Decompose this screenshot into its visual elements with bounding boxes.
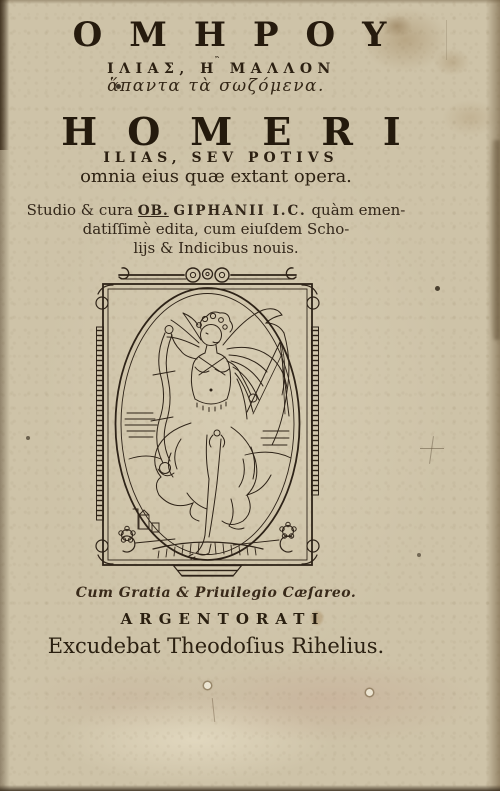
title-page-scan: ΟΜΗΡΟΥ ΙΛΙΑΣ, Η῍ ΜΑΛΛΟΝ ἅπαντα τὰ σωζόμε… <box>0 0 500 791</box>
greek-subtitle-accent: ῍ <box>215 57 220 67</box>
latin-motto: omnia eius quæ extant opera. <box>0 166 432 187</box>
greek-cursive-line: ἅπαντα τὰ σωζόμενα. <box>0 76 432 96</box>
greek-subtitle-rest: ΜΑΛΛΟΝ <box>230 61 336 77</box>
editor-note-line3: lijs & Indicibus nouis. <box>0 239 432 257</box>
note-ob: OB. <box>138 203 169 219</box>
bridle-strap <box>157 333 165 463</box>
latin-title: HOMERI <box>0 109 462 154</box>
greek-subtitle-main: ΙΛΙΑΣ, Η <box>107 61 219 77</box>
imprint-place: ARGENTORATI <box>0 610 439 628</box>
note-part2: quàm emen- <box>311 201 405 219</box>
page-edge-right-ragged <box>489 140 500 340</box>
woodcut-landscape <box>125 413 291 558</box>
woodcut-illustration <box>95 263 320 580</box>
greek-subtitle: ΙΛΙΑΣ, Η῍ ΜΑΛΛΟΝ <box>0 57 438 77</box>
editor-note-line1: Studio & cura OB. GIPHANII I.C. quàm eme… <box>0 201 432 221</box>
latin-subtitle: ILIAS, SEV POTIVS <box>0 150 437 166</box>
set-square <box>247 342 289 416</box>
ink-speck <box>435 286 440 291</box>
woodcut-figure <box>151 309 289 559</box>
editor-note-line2: datiſſimè edita, cum eiuſdem Scho- <box>0 220 432 238</box>
woodcut-frame <box>96 268 319 576</box>
page-edge-right <box>486 0 500 791</box>
imprint-printer: Excudebat Theodoſius Rihelius. <box>0 634 432 658</box>
woodcut-svg <box>95 263 320 580</box>
greek-title: ΟΜΗΡΟΥ <box>0 15 459 55</box>
note-giphanii: GIPHANII I.C. <box>174 203 307 219</box>
privilege-line: Cum Gratia & Priuilegio Cæſareo. <box>0 585 432 601</box>
note-part1: Studio & cura <box>27 201 133 219</box>
